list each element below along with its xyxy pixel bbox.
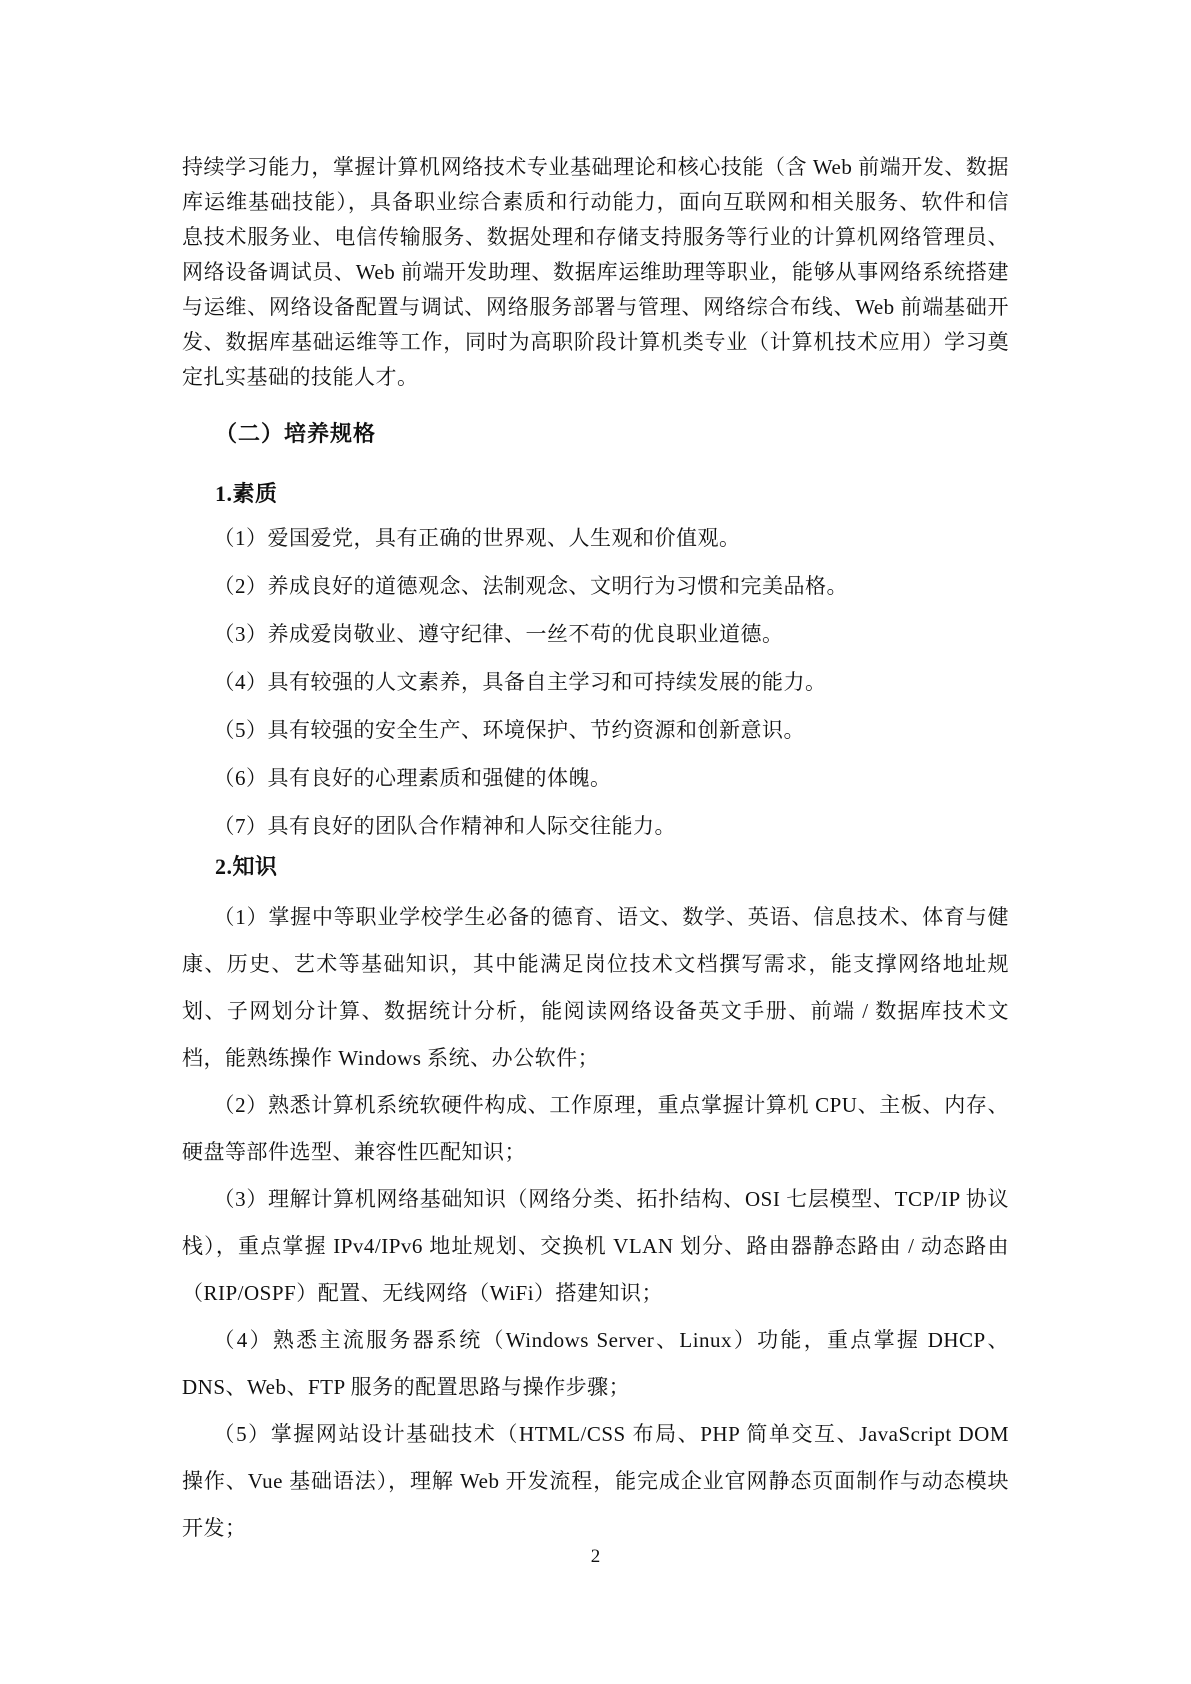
knowledge-item-2: （2）熟悉计算机系统软硬件构成、工作原理，重点掌握计算机 CPU、主板、内存、硬…	[182, 1082, 1009, 1176]
knowledge-item-5: （5）掌握网站设计基础技术（HTML/CSS 布局、PHP 简单交互、JavaS…	[182, 1411, 1009, 1552]
quality-list: （1）爱国爱党，具有正确的世界观、人生观和价值观。 （2）养成良好的道德观念、法…	[182, 514, 1009, 850]
quality-item-3: （3）养成爱岗敬业、遵守纪律、一丝不苟的优良职业道德。	[182, 610, 1009, 658]
quality-item-6: （6）具有良好的心理素质和强健的体魄。	[182, 754, 1009, 802]
quality-item-5: （5）具有较强的安全生产、环境保护、节约资源和创新意识。	[182, 706, 1009, 754]
knowledge-list: （1）掌握中等职业学校学生必备的德育、语文、数学、英语、信息技术、体育与健康、历…	[182, 894, 1009, 1552]
subsection-heading-quality: 1.素质	[182, 479, 1009, 509]
quality-item-1: （1）爱国爱党，具有正确的世界观、人生观和价值观。	[182, 514, 1009, 562]
quality-item-7: （7）具有良好的团队合作精神和人际交往能力。	[182, 802, 1009, 850]
quality-item-4: （4）具有较强的人文素养，具备自主学习和可持续发展的能力。	[182, 658, 1009, 706]
continued-paragraph: 持续学习能力，掌握计算机网络技术专业基础理论和核心技能（含 Web 前端开发、数…	[182, 150, 1009, 395]
section-heading-training-spec: （二）培养规格	[182, 419, 1009, 449]
document-content: 持续学习能力，掌握计算机网络技术专业基础理论和核心技能（含 Web 前端开发、数…	[182, 150, 1009, 1552]
knowledge-item-3: （3）理解计算机网络基础知识（网络分类、拓扑结构、OSI 七层模型、TCP/IP…	[182, 1176, 1009, 1317]
quality-item-2: （2）养成良好的道德观念、法制观念、文明行为习惯和完美品格。	[182, 562, 1009, 610]
knowledge-item-1: （1）掌握中等职业学校学生必备的德育、语文、数学、英语、信息技术、体育与健康、历…	[182, 894, 1009, 1082]
document-page: 持续学习能力，掌握计算机网络技术专业基础理论和核心技能（含 Web 前端开发、数…	[0, 0, 1191, 1684]
page-number: 2	[0, 1545, 1191, 1569]
knowledge-item-4: （4）熟悉主流服务器系统（Windows Server、Linux）功能，重点掌…	[182, 1317, 1009, 1411]
subsection-heading-knowledge: 2.知识	[182, 852, 1009, 882]
